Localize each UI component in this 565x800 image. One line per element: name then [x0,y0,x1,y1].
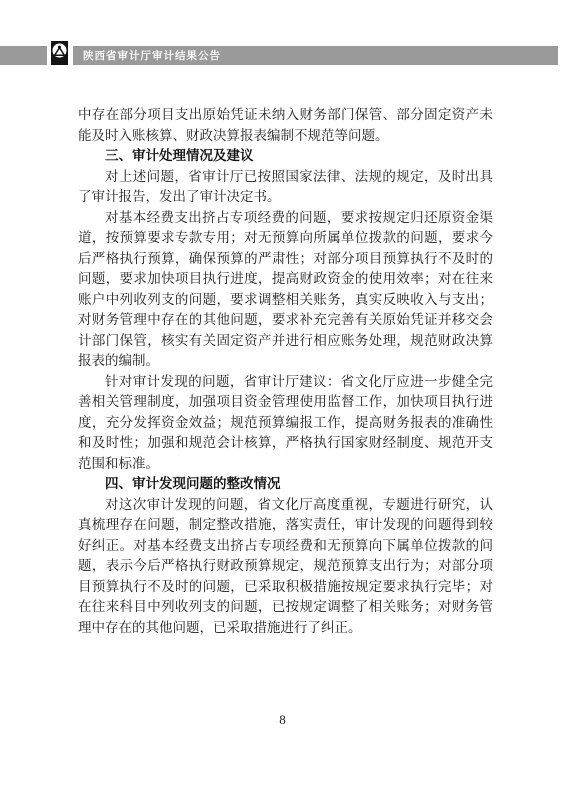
document-body: 中存在部分项目支出原始凭证未纳入财务部门保管、部分固定资产未能及时入账核算、财政… [78,105,493,638]
document-page: 陕西省审计厅审计结果公告 中存在部分项目支出原始凭证未纳入财务部门保管、部分固定… [0,0,565,800]
header-bar: 陕西省审计厅审计结果公告 [73,46,558,65]
paragraph: 对上述问题，省审计厅已按照国家法律、法规的规定，及时出具了审计报告，发出了审计决… [78,167,493,208]
paragraph: 针对审计发现的问题，省审计厅建议：省文化厅应进一步健全完善相关管理制度，加强项目… [78,372,493,475]
page-number: 8 [0,712,565,728]
paragraph: 对这次审计发现的问题，省文化厅高度重视，专题进行研究，认真梳理存在问题，制定整改… [78,495,493,639]
paragraph-continued: 中存在部分项目支出原始凭证未纳入财务部门保管、部分固定资产未能及时入账核算、财政… [78,105,493,146]
section-heading-3: 三、审计处理情况及建议 [78,146,493,167]
header-bar-left-segment [0,46,47,65]
section-heading-4: 四、审计发现问题的整改情况 [78,474,493,495]
audit-emblem-icon [52,43,67,63]
audit-office-logo [51,41,68,65]
paragraph: 对基本经费支出挤占专项经费的问题，要求按规定归还原资金渠道，按预算要求专款专用；… [78,208,493,372]
header-title: 陕西省审计厅审计结果公告 [83,48,221,63]
